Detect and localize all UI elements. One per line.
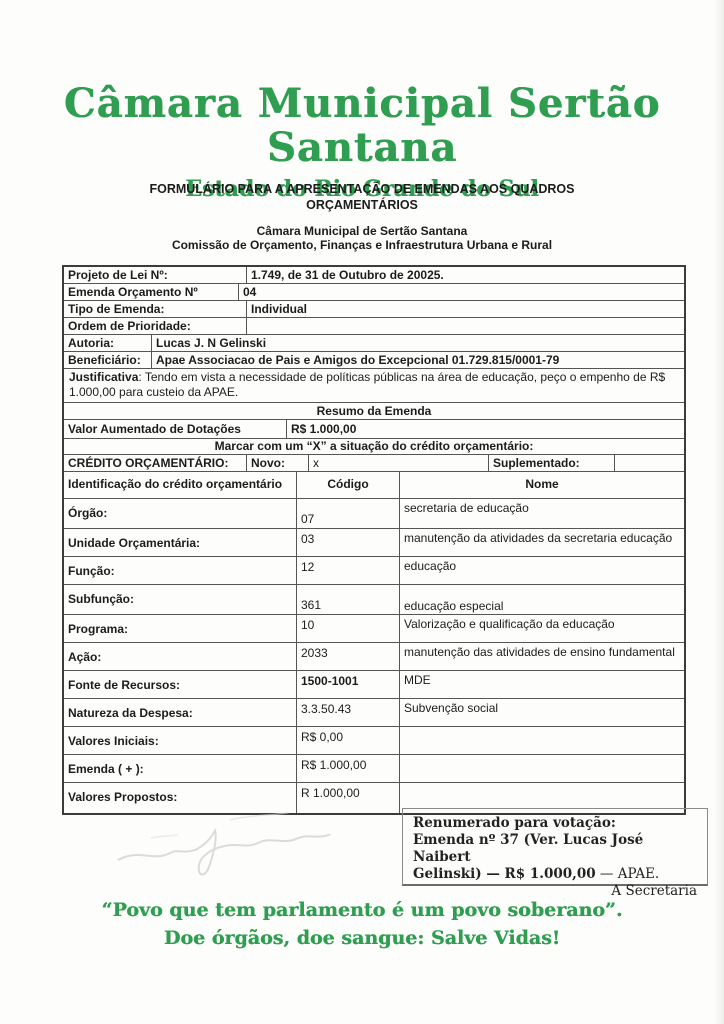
info-row-emenda-num: Emenda Orçamento Nº 04	[64, 284, 684, 301]
id-row-label: Natureza da Despesa:	[64, 699, 297, 726]
id-row-name: Valorização e qualificação da educação	[400, 615, 684, 642]
id-row-subfuncao: Subfunção: 361 educação especial	[64, 585, 684, 615]
justification-label: Justificativa	[69, 370, 138, 384]
credito-label: CRÉDITO ORÇAMENTÁRIO:	[64, 455, 247, 471]
info-row-label: Autoria:	[64, 335, 152, 351]
form-title-line2: ORÇAMENTÁRIOS	[0, 197, 724, 213]
id-row-code: R$ 0,00	[297, 727, 400, 754]
id-row-label: Órgão:	[64, 499, 297, 528]
id-row-natureza: Natureza da Despesa: 3.3.50.43 Subvenção…	[64, 699, 684, 727]
id-row-label: Subfunção:	[64, 585, 297, 614]
info-row-tipo: Tipo de Emenda: Individual	[64, 301, 684, 318]
id-row-code: 3.3.50.43	[297, 699, 400, 726]
renumerado-line1: Renumerado para votação:	[413, 815, 699, 832]
id-row-acao: Ação: 2033 manutenção das atividades de …	[64, 643, 684, 671]
justification-row: Justificativa: Tendo em vista a necessid…	[64, 369, 684, 403]
id-row-name: MDE	[400, 671, 684, 698]
info-row-value: Individual	[247, 301, 684, 317]
id-row-name: secretaria de educação	[400, 499, 684, 528]
form-subheading: Câmara Municipal de Sertão Santana Comis…	[0, 224, 724, 252]
info-row-projeto: Projeto de Lei Nº: 1.749, de 31 de Outub…	[64, 267, 684, 284]
info-row-label: Projeto de Lei Nº:	[64, 267, 247, 283]
info-row-label: Emenda Orçamento Nº	[64, 284, 239, 300]
credito-suplementado-value	[615, 455, 684, 471]
name-col-header: Nome	[400, 472, 684, 498]
id-row-funcao: Função: 12 educação	[64, 557, 684, 585]
info-row-value: 04	[239, 284, 684, 300]
id-row-label: Programa:	[64, 615, 297, 642]
section-header-marcar: Marcar com um “X” a situação do crédito …	[64, 439, 684, 455]
footer-quotes: “Povo que tem parlamento é um povo sober…	[0, 897, 724, 953]
committee-name: Comissão de Orçamento, Finanças e Infrae…	[0, 238, 724, 252]
form-title-line1: FORMULÁRIO PARA A APRESENTAÇÃO DE EMENDA…	[0, 181, 724, 197]
id-row-code: 2033	[297, 643, 400, 670]
id-row-name	[400, 727, 684, 754]
credito-novo-label: Novo:	[247, 455, 309, 471]
info-row-ordem: Ordem de Prioridade:	[64, 318, 684, 335]
credito-suplementado-label: Suplementado:	[489, 455, 615, 471]
id-row-label: Emenda ( + ):	[64, 755, 297, 782]
info-row-beneficiario: Beneficiário: Apae Associacao de Pais e …	[64, 352, 684, 369]
id-col-header: Identificação do crédito orçamentário	[64, 472, 297, 498]
signature-scribble	[110, 800, 344, 895]
id-row-valores-iniciais: Valores Iniciais: R$ 0,00	[64, 727, 684, 755]
id-row-label: Função:	[64, 557, 297, 584]
info-row-value	[247, 318, 684, 334]
info-row-value: Lucas J. N Gelinski	[152, 335, 684, 351]
scanned-form-page: Câmara Municipal Sertão Santana Estado d…	[0, 0, 724, 1024]
id-row-name: manutenção das atividades de ensino fund…	[400, 643, 684, 670]
footer-quote-1: “Povo que tem parlamento é um povo sober…	[0, 897, 724, 923]
footer-quote-2: Doe órgãos, doe sangue: Salve Vidas!	[0, 923, 724, 953]
id-row-programa: Programa: 10 Valorização e qualificação …	[64, 615, 684, 643]
id-row-name: Subvenção social	[400, 699, 684, 726]
id-row-label: Fonte de Recursos:	[64, 671, 297, 698]
info-row-value: Apae Associacao de Pais e Amigos do Exce…	[152, 352, 684, 368]
id-row-code: R$ 1.000,00	[297, 755, 400, 782]
id-row-orgao: Órgão: 07 secretaria de educação	[64, 499, 684, 529]
id-row-code: 361	[297, 585, 400, 614]
form-table: Projeto de Lei Nº: 1.749, de 31 de Outub…	[62, 265, 686, 815]
id-table-header: Identificação do crédito orçamentário Có…	[64, 472, 684, 499]
info-row-label: Beneficiário:	[64, 352, 152, 368]
id-row-fonte: Fonte de Recursos: 1500-1001 MDE	[64, 671, 684, 699]
info-row-value: 1.749, de 31 de Outubro de 20025.	[247, 267, 684, 283]
id-row-code: 10	[297, 615, 400, 642]
info-row-label: Ordem de Prioridade:	[64, 318, 247, 334]
org-name: Câmara Municipal de Sertão Santana	[0, 224, 724, 238]
valor-label: Valor Aumentado de Dotações	[64, 420, 287, 438]
code-col-header: Código	[297, 472, 400, 498]
info-row-autoria: Autoria: Lucas J. N Gelinski	[64, 335, 684, 352]
id-row-name: educação	[400, 557, 684, 584]
id-row-code: 07	[297, 499, 400, 528]
id-row-label: Ação:	[64, 643, 297, 670]
org-title: Câmara Municipal Sertão Santana	[0, 82, 724, 170]
justification-text: Justificativa: Tendo em vista a necessid…	[64, 369, 684, 402]
renumerado-box: Renumerado para votação: Emenda nº 37 (V…	[402, 808, 708, 886]
renumerado-line2: Emenda nº 37 (Ver. Lucas José Naibert	[413, 832, 699, 866]
valor-value: R$ 1.000,00	[287, 420, 684, 438]
id-row-name: manutenção da atividades da secretaria e…	[400, 529, 684, 556]
credito-row: CRÉDITO ORÇAMENTÁRIO: Novo: x Suplementa…	[64, 455, 684, 472]
id-row-code: 03	[297, 529, 400, 556]
id-row-emenda-mais: Emenda ( + ): R$ 1.000,00	[64, 755, 684, 783]
id-row-label: Valores Iniciais:	[64, 727, 297, 754]
form-title: FORMULÁRIO PARA A APRESENTAÇÃO DE EMENDA…	[0, 181, 724, 213]
section-header-resumo: Resumo da Emenda	[64, 403, 684, 420]
id-row-unidade: Unidade Orçamentária: 03 manutenção da a…	[64, 529, 684, 557]
id-row-label: Unidade Orçamentária:	[64, 529, 297, 556]
info-row-label: Tipo de Emenda:	[64, 301, 247, 317]
id-row-code: 1500-1001	[297, 671, 400, 698]
valor-aumentado-row: Valor Aumentado de Dotações R$ 1.000,00	[64, 420, 684, 439]
id-row-name: educação especial	[400, 585, 684, 614]
id-row-code: 12	[297, 557, 400, 584]
renumerado-line3: Gelinski) — R$ 1.000,00 — APAE.	[413, 866, 699, 883]
id-row-name	[400, 755, 684, 782]
credito-novo-value: x	[309, 455, 489, 471]
